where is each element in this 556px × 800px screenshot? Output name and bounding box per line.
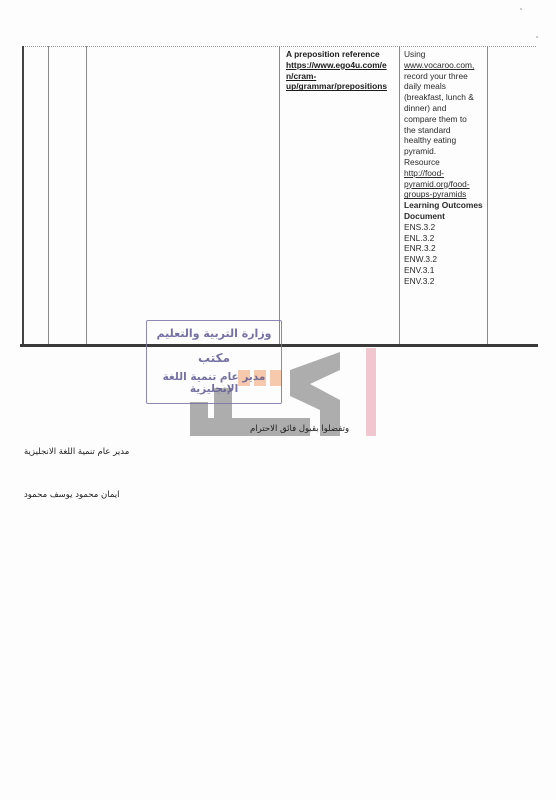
column-divider xyxy=(279,46,280,345)
outcomes-heading: Learning Outcomes Document xyxy=(404,200,496,222)
link-line[interactable]: up/grammar/prepositions xyxy=(286,81,402,92)
outcome-code: ENV.3.1 xyxy=(404,265,496,276)
activity-text: compare them to xyxy=(404,114,496,125)
reference-title: A preposition reference xyxy=(286,49,402,60)
activity-text: the standard xyxy=(404,125,496,136)
stamp-department: مدير عام تنمية اللغة الإنجليزية xyxy=(147,371,281,395)
activity-text: healthy eating xyxy=(404,135,496,146)
link-line[interactable]: http://food- xyxy=(404,168,496,179)
outcome-code: ENW.3.2 xyxy=(404,254,496,265)
signature-name: ايمان محمود يوسف محمود xyxy=(24,490,120,500)
outcome-code: ENS.3.2 xyxy=(404,222,496,233)
outcomes-heading-line: Learning Outcomes xyxy=(404,200,496,211)
food-pyramid-link[interactable]: http://food- pyramid.org/food- groups-py… xyxy=(404,168,496,200)
scanned-page: A preposition reference https://www.ego4… xyxy=(0,0,556,800)
table-border xyxy=(22,46,24,345)
link-line[interactable]: pyramid.org/food- xyxy=(404,179,496,190)
column-divider xyxy=(86,46,87,345)
link-line[interactable]: https://www.ego4u.com/e xyxy=(286,60,402,71)
activity-text: record your three xyxy=(404,71,496,82)
link-line[interactable]: groups-pyramids xyxy=(404,189,496,200)
vocaroo-link[interactable]: www.vocaroo.com, xyxy=(404,60,496,71)
column-divider xyxy=(48,46,49,345)
activity-text: (breakfast, lunch & xyxy=(404,92,496,103)
stamp-office: مكتب xyxy=(147,351,281,365)
outcome-code-list: ENS.3.2 ENL.3.2 ENR.3.2 ENW.3.2 ENV.3.1 … xyxy=(404,222,496,287)
activity-text: pyramid. xyxy=(404,146,496,157)
activity-cell: Using www.vocaroo.com, record your three… xyxy=(404,49,496,287)
scan-artifact xyxy=(536,36,538,38)
activity-intro: Using xyxy=(404,49,496,60)
curriculum-table: A preposition reference https://www.ego4… xyxy=(22,46,536,346)
reference-cell: A preposition reference https://www.ego4… xyxy=(286,49,402,92)
stamp-ministry: وزارة التربية والتعليم xyxy=(147,327,281,340)
closing-remark: وتفضلوا بقبول فائق الاحترام xyxy=(250,424,349,434)
outcome-code: ENV.3.2 xyxy=(404,276,496,287)
signature-title: مدير عام تنمية اللغة الانجليزية xyxy=(24,447,129,457)
outcomes-heading-line: Document xyxy=(404,211,496,222)
outcome-code: ENR.3.2 xyxy=(404,243,496,254)
outcome-code: ENL.3.2 xyxy=(404,233,496,244)
activity-text: daily meals xyxy=(404,81,496,92)
reference-link[interactable]: https://www.ego4u.com/e n/cram- up/gramm… xyxy=(286,60,402,92)
link-line[interactable]: n/cram- xyxy=(286,71,402,82)
official-stamp: وزارة التربية والتعليم مكتب مدير عام تنم… xyxy=(146,320,282,404)
scan-artifact xyxy=(520,8,522,10)
resource-label: Resource xyxy=(404,157,496,168)
activity-text: dinner) and xyxy=(404,103,496,114)
